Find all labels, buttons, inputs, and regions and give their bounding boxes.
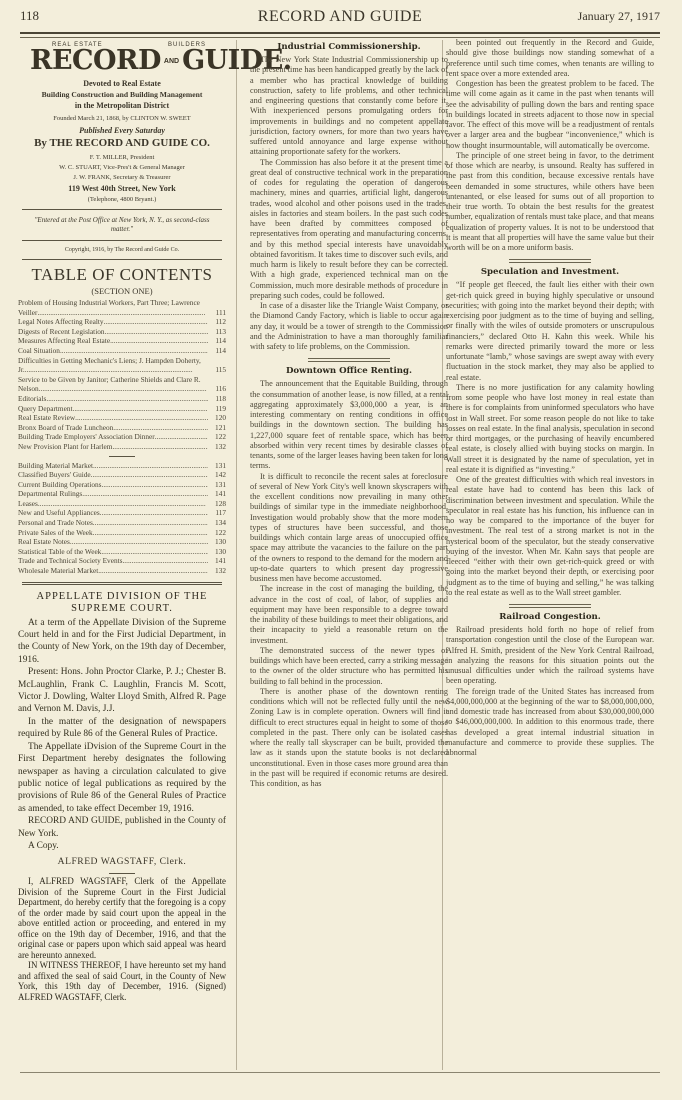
toc-entry[interactable]: Current Building Operations131	[18, 480, 226, 490]
toc-entry[interactable]: Digests of Recent Legislation113	[18, 327, 226, 337]
article-heading-downtown: Downtown Office Renting.	[250, 365, 448, 377]
logo-word-record: RECORD	[30, 45, 161, 76]
toc-entry[interactable]: Personal and Trade Notes134	[18, 518, 226, 528]
article-heading-railroad: Railroad Congestion.	[446, 611, 654, 623]
paragraph: There is another phase of the downtown r…	[250, 687, 448, 790]
divider	[22, 240, 222, 241]
page-header: 118 RECORD AND GUIDE January 27, 1917	[20, 6, 660, 28]
article-body-downtown-continued: been pointed out frequently in the Recor…	[446, 38, 654, 253]
article-body-railroad: Railroad presidents hold forth no hope o…	[446, 625, 654, 758]
paragraph: In the matter of the designation of news…	[18, 716, 226, 741]
article-heading-industrial: Industrial Commissionership.	[250, 41, 448, 53]
article-body-downtown: The announcement that the Equitable Buil…	[250, 379, 448, 789]
toc-departments-list: Building Material Market131 Classified B…	[18, 461, 226, 576]
middle-column: Industrial Commissionership. The New Yor…	[250, 38, 448, 789]
copyright-line: Copyright, 1916, by The Record and Guide…	[18, 245, 226, 255]
devoted-line: Building Construction and Building Manag…	[18, 89, 226, 100]
toc-entry[interactable]: Problem of Housing Industrial Workers, P…	[18, 298, 226, 317]
paragraph: The principle of one street being in fav…	[446, 151, 654, 254]
paragraph: been pointed out frequently in the Recor…	[446, 38, 654, 79]
table-of-contents: TABLE OF CONTENTS (SECTION ONE) Problem …	[18, 264, 226, 585]
appellate-heading: APPELLATE DIVISION OF THE SUPREME COURT.	[18, 591, 226, 615]
newspaper-page: 118 RECORD AND GUIDE January 27, 1917 RE…	[0, 0, 682, 1100]
toc-entry[interactable]: Real Estate Review120	[18, 413, 226, 423]
paragraph: Congestion has been the greatest problem…	[446, 79, 654, 151]
toc-entry[interactable]: Query Department119	[18, 404, 226, 414]
paragraph: There is no more justification for any c…	[446, 383, 654, 475]
officer-line: W. C. STUART, Vice-Pres't & General Mana…	[18, 163, 226, 173]
masthead: REAL ESTATE BUILDERS RECORDANDGUIDE. Dev…	[18, 42, 226, 260]
paragraph: The Commission has also before it at the…	[250, 158, 448, 302]
paragraph: I, ALFRED WAGSTAFF, Clerk of the Appella…	[18, 876, 226, 960]
entered-notice: "Entered at the Post Office at New York,…	[18, 214, 226, 236]
toc-entry[interactable]: Statistical Table of the Week130	[18, 547, 226, 557]
toc-entry[interactable]: Classified Buyers' Guide142	[18, 470, 226, 480]
paragraph: “If people get fleeced, the fault lies e…	[446, 280, 654, 383]
founded-line: Founded March 21, 1868, by CLINTON W. SW…	[18, 113, 226, 125]
paragraph: Railroad presidents hold forth no hope o…	[446, 625, 654, 687]
toc-entry[interactable]: Difficulties in Getting Mechanic's Liens…	[18, 356, 226, 375]
paragraph: The announcement that the Equitable Buil…	[250, 379, 448, 471]
right-column: been pointed out frequently in the Recor…	[446, 38, 654, 758]
paragraph: IN WITNESS THEREOF, I have hereunto set …	[18, 960, 226, 1002]
article-body-speculation: “If people get fleeced, the fault lies e…	[446, 280, 654, 598]
appellate-notice: APPELLATE DIVISION OF THE SUPREME COURT.…	[18, 591, 226, 1003]
article-body-industrial: The New York State Industrial Commission…	[250, 55, 448, 352]
toc-entry[interactable]: Departmental Rulings141	[18, 489, 226, 499]
issue-date: January 27, 1917	[578, 9, 660, 24]
divider	[509, 604, 591, 608]
address-line: 119 West 40th Street, New York	[18, 183, 226, 195]
toc-entry[interactable]: Legal Notes Affecting Realty112	[18, 317, 226, 327]
toc-entry[interactable]: Wholesale Material Market132	[18, 566, 226, 576]
certification: I, ALFRED WAGSTAFF, Clerk of the Appella…	[18, 876, 226, 1002]
toc-entry[interactable]: New and Useful Appliances117	[18, 508, 226, 518]
paragraph: In case of a disaster like the Triangle …	[250, 301, 448, 352]
paragraph: The increase in the cost of managing the…	[250, 584, 448, 646]
officer-line: J. W. FRANK, Secretary & Treasurer	[18, 173, 226, 183]
toc-entry[interactable]: Editorials118	[18, 394, 226, 404]
toc-entry[interactable]: Real Estate Notes130	[18, 537, 226, 547]
telephone-line: (Telephone, 4800 Bryant.)	[18, 195, 226, 205]
paragraph: The New York State Industrial Commission…	[250, 55, 448, 158]
article-heading-speculation: Speculation and Investment.	[446, 266, 654, 278]
divider	[509, 259, 591, 263]
divider	[22, 582, 222, 585]
appellate-body: At a term of the Appellate Division of t…	[18, 617, 226, 853]
devoted-line: Devoted to Real Estate	[18, 78, 226, 89]
divider	[22, 259, 222, 260]
toc-section-label: (SECTION ONE)	[18, 286, 226, 297]
footer-rule	[20, 1072, 660, 1073]
divider	[308, 358, 390, 362]
clerk-signoff: ALFRED WAGSTAFF, Clerk.	[18, 856, 226, 867]
toc-section-one-list: Problem of Housing Industrial Workers, P…	[18, 298, 226, 452]
left-column: REAL ESTATE BUILDERS RECORDANDGUIDE. Dev…	[18, 38, 226, 1002]
toc-entry[interactable]: Measures Affecting Real Estate114	[18, 336, 226, 346]
divider	[109, 873, 135, 874]
logo-and: AND	[164, 58, 179, 65]
column-divider	[236, 40, 237, 1070]
publication-title: RECORD AND GUIDE	[20, 8, 660, 26]
devoted-line: in the Metropolitan District	[18, 100, 226, 111]
published-line: Published Every Saturday	[18, 125, 226, 136]
toc-title: TABLE OF CONTENTS	[18, 264, 226, 286]
toc-entry[interactable]: Building Trade Employers' Association Di…	[18, 432, 226, 442]
company-line: By THE RECORD AND GUIDE CO.	[18, 136, 226, 150]
toc-entry[interactable]: Private Sales of the Week122	[18, 528, 226, 538]
toc-separator	[109, 456, 135, 457]
officer-line: F. T. MILLER, President	[18, 153, 226, 163]
toc-entry[interactable]: Bronx Board of Trade Luncheon121	[18, 423, 226, 433]
paragraph: A Copy.	[18, 840, 226, 852]
paragraph: Present: Hons. John Proctor Clarke, P. J…	[18, 666, 226, 716]
toc-entry[interactable]: New Provision Plant for Harlem132	[18, 442, 226, 452]
toc-entry[interactable]: Building Material Market131	[18, 461, 226, 471]
toc-entry[interactable]: Trade and Technical Society Events141	[18, 556, 226, 566]
paragraph: The demonstrated success of the newer ty…	[250, 646, 448, 687]
toc-entry[interactable]: Service to be Given by Janitor; Catherin…	[18, 375, 226, 394]
paragraph: The Appellate iDvision of the Supreme Co…	[18, 741, 226, 815]
masthead-logo: RECORDANDGUIDE.	[30, 46, 230, 77]
paragraph: RECORD AND GUIDE, published in the Count…	[18, 815, 226, 840]
divider	[22, 209, 222, 210]
paragraph: At a term of the Appellate Division of t…	[18, 617, 226, 667]
toc-entry[interactable]: Coal Situation114	[18, 346, 226, 356]
toc-entry[interactable]: Leases128	[18, 499, 226, 509]
paragraph: The foreign trade of the United States h…	[446, 687, 654, 759]
paragraph: It is difficult to reconcile the recent …	[250, 472, 448, 585]
paragraph: One of the greatest difficulties with wh…	[446, 475, 654, 598]
